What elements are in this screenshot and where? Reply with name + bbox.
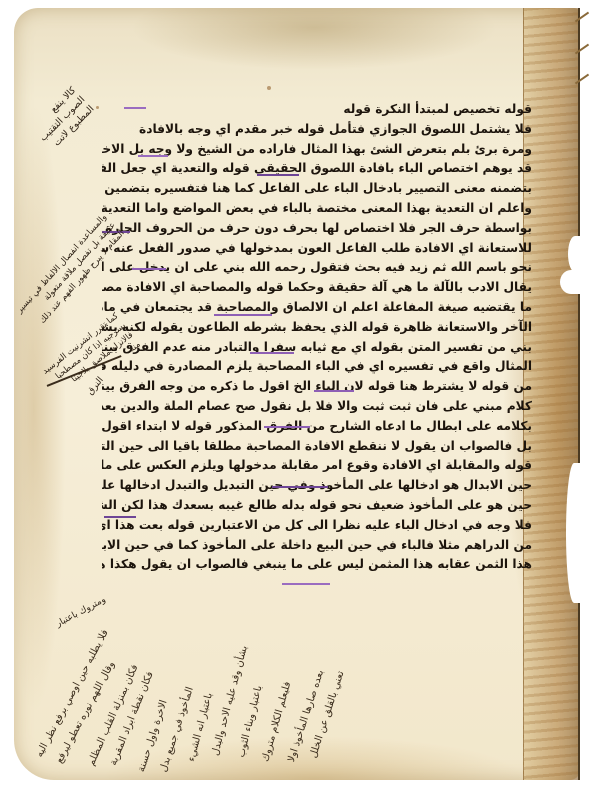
margin-note-lower: ومتروك باعتبار bbox=[54, 594, 108, 631]
text-line: قد يوهم اختصاص الباء بافادة اللصوق الحقي… bbox=[102, 159, 532, 179]
text-line: للاستعانة اي الافادة طلب الفاعل العون بم… bbox=[102, 239, 532, 259]
torn-edge bbox=[566, 463, 582, 603]
margin-note-top: كالا ينفع الصوب التقتيب المطبوع لاتت bbox=[28, 84, 97, 153]
bottom-note: باعتبار وبناء الثوب bbox=[236, 684, 265, 758]
purple-highlight bbox=[264, 426, 310, 428]
torn-edge bbox=[568, 236, 582, 272]
torn-edge bbox=[560, 270, 582, 294]
binding-thread bbox=[575, 12, 589, 23]
text-line: واعلم ان التعدية بهذا المعنى مختصة بالبا… bbox=[102, 199, 532, 219]
stain-spot bbox=[267, 86, 271, 90]
text-line: بل فالصواب ان يقول لا ننقطع الافادة المص… bbox=[102, 437, 532, 457]
text-line: بني من تفسير المتن بقوله اي مع ثيابه سفر… bbox=[102, 338, 532, 358]
text-line: من قوله لا يشترط هنا قوله لان الباء الخ … bbox=[102, 377, 532, 397]
purple-highlight bbox=[282, 583, 330, 585]
purple-highlight bbox=[132, 268, 166, 270]
main-text-block: قوله تخصيص لمبتدأ النكرة قوله فلا يشتمل … bbox=[102, 100, 532, 575]
text-line: بواسطة حرف الجر فلا اختصاص لها بحرف دون … bbox=[102, 219, 532, 239]
text-line: بتضمنه معنى التصيير بادخال الباء على الف… bbox=[102, 179, 532, 199]
purple-highlight bbox=[104, 516, 136, 518]
text-line: حين هو على المأخوذ ضعيف نحو قوله بدله طا… bbox=[102, 496, 532, 516]
binding-thread bbox=[575, 44, 589, 55]
purple-highlight bbox=[314, 390, 354, 392]
text-line: هذا الثمن عقابه هذا المثمن ليس على ما ين… bbox=[102, 555, 532, 575]
page-edge bbox=[578, 8, 580, 780]
text-line: ما يقتضيه صيغة المفاعلة اعلم ان الالصاق … bbox=[102, 298, 532, 318]
text-line: نحو باسم الله ثم زيد فيه بحث فتقول رحمه … bbox=[102, 258, 532, 278]
purple-highlight bbox=[272, 486, 328, 488]
purple-highlight bbox=[124, 107, 146, 109]
text-line: من الدراهم مثلا فالباء في حين البيع داخل… bbox=[102, 536, 532, 556]
manuscript-page: قوله تخصيص لمبتدأ النكرة قوله فلا يشتمل … bbox=[14, 8, 580, 780]
text-line: قوله والمقابلة اي الافادة وقوع امر مقابل… bbox=[102, 456, 532, 476]
binding-thread bbox=[575, 74, 589, 85]
text-line: الآخر والاستعانة ظاهرة قوله الذي يحفظ بش… bbox=[102, 318, 532, 338]
text-line: فلا وجه في ادخال الباء عليه نظرا الى كل … bbox=[102, 516, 532, 536]
text-line: المثال واقع في تفسيره اي في الباء المصاح… bbox=[102, 357, 532, 377]
purple-highlight bbox=[257, 174, 299, 176]
text-line: يقال الادب بالآلة ما هي آلة حقيقة وحكما … bbox=[102, 278, 532, 298]
text-line: بكلامه على ابطال ما ادعاه الشارح من الفر… bbox=[102, 417, 532, 437]
text-line: قوله تخصيص لمبتدأ النكرة قوله bbox=[102, 100, 532, 120]
purple-highlight bbox=[138, 155, 168, 157]
text-line: كلام مبني على فان ثبت ثبت والا فلا بل نق… bbox=[102, 397, 532, 417]
text-line: فلا يشتمل اللصوق الجوازي فتأمل قوله خبر … bbox=[102, 120, 532, 140]
purple-highlight bbox=[250, 352, 294, 354]
stain-spot bbox=[96, 106, 99, 109]
purple-highlight bbox=[214, 314, 272, 316]
